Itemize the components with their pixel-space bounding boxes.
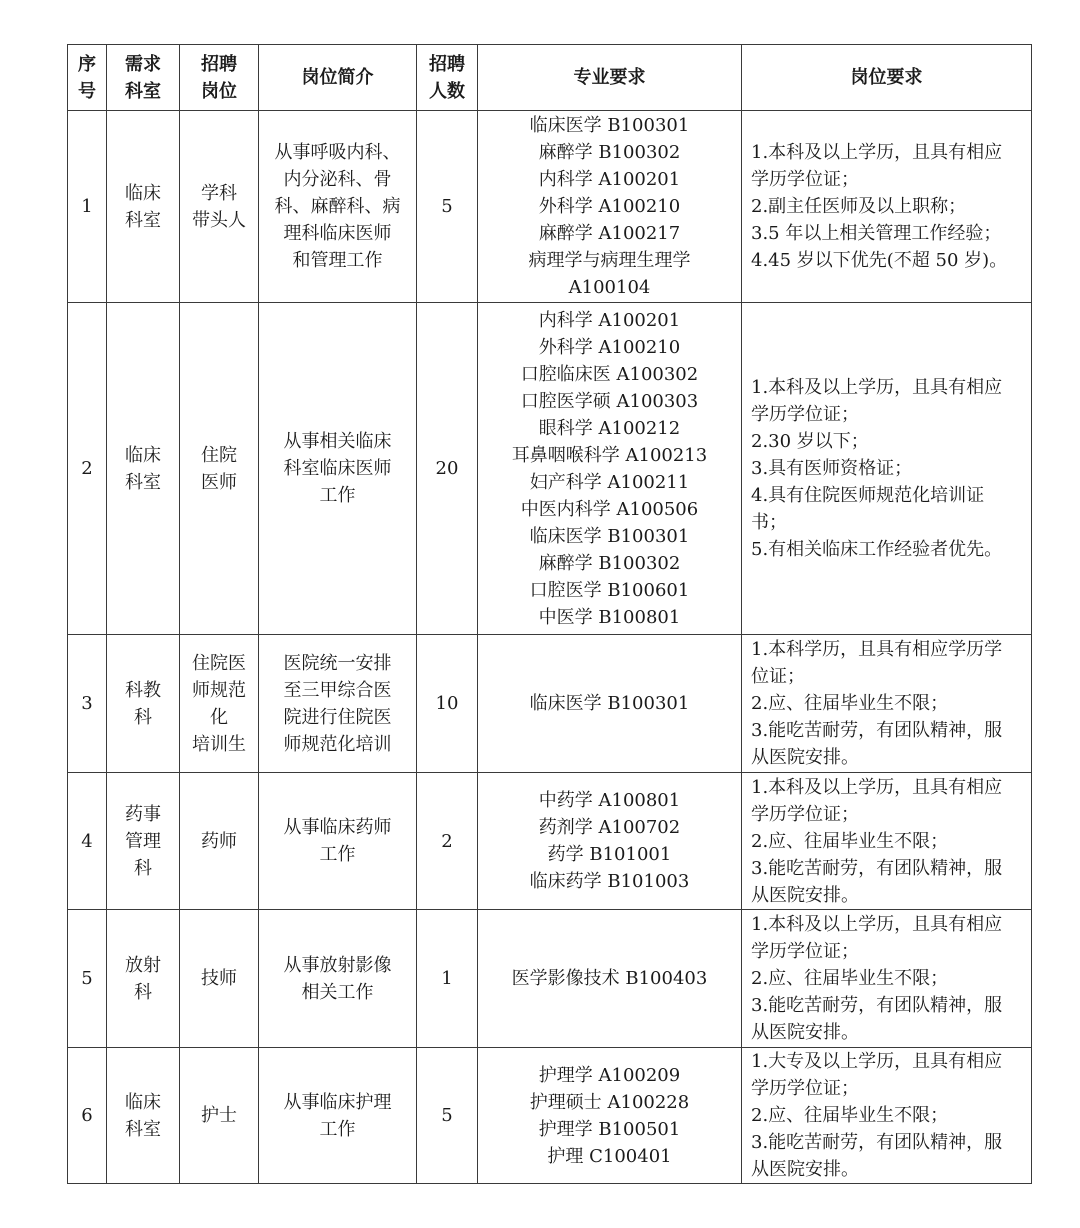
cell-majors: 中药学 A100801药剂学 A100702药学 B101001临床药学 B10… (478, 773, 742, 910)
cell-intro-line: 医院统一安排 (259, 650, 416, 677)
cell-position-line: 住院 (180, 442, 258, 469)
cell-majors: 内科学 A100201外科学 A100210口腔临床医 A100302口腔医学硕… (478, 303, 742, 635)
cell-majors-line: A100104 (478, 274, 741, 301)
cell-majors: 医学影像技术 B100403 (478, 910, 742, 1048)
header-label: 人数 (417, 78, 477, 105)
cell-requirements-line: 学历学位证； (751, 801, 1025, 828)
cell-intro-line: 内分泌科、骨 (259, 166, 416, 193)
cell-dept-line: 科室 (107, 207, 179, 234)
cell-position-line: 医师 (180, 469, 258, 496)
cell-majors-line: 护理学 A100209 (478, 1062, 741, 1089)
cell-majors: 临床医学 B100301麻醉学 B100302内科学 A100201外科学 A1… (478, 111, 742, 303)
cell-majors-line: 中医内科学 A100506 (478, 496, 741, 523)
header-requirements: 岗位要求 (742, 45, 1032, 111)
table-row: 1临床科室学科带头人从事呼吸内科、内分泌科、骨科、麻醉科、病理科临床医师和管理工… (68, 111, 1032, 303)
cell-majors-line: 临床医学 B100301 (478, 690, 741, 717)
cell-dept: 临床科室 (107, 111, 180, 303)
cell-dept: 临床科室 (107, 1048, 180, 1184)
cell-position: 学科带头人 (180, 111, 259, 303)
cell-requirements-line: 3.能吃苦耐劳，有团队精神，服 (751, 992, 1025, 1019)
cell-intro-line: 工作 (259, 841, 416, 868)
header-label: 招聘 (417, 51, 477, 78)
cell-majors-line: 临床药学 B101003 (478, 868, 741, 895)
header-row: 序号需求科室招聘岗位岗位简介招聘人数专业要求岗位要求 (68, 45, 1032, 111)
table-row: 2临床科室住院医师从事相关临床科室临床医师工作20内科学 A100201外科学 … (68, 303, 1032, 635)
cell-majors-line: 麻醉学 B100302 (478, 139, 741, 166)
cell-position-line: 带头人 (180, 207, 258, 234)
table-body: 1临床科室学科带头人从事呼吸内科、内分泌科、骨科、麻醉科、病理科临床医师和管理工… (68, 111, 1032, 1184)
cell-intro-line: 理科临床医师 (259, 220, 416, 247)
cell-count: 5 (417, 111, 478, 303)
cell-intro-line: 从事放射影像 (259, 952, 416, 979)
header-label: 号 (68, 78, 106, 105)
cell-requirements-line: 1.本科学历，且具有相应学历学 (751, 636, 1025, 663)
header-count: 招聘人数 (417, 45, 478, 111)
cell-requirements-line: 书； (751, 509, 1025, 536)
table-row: 5放射科技师从事放射影像相关工作1医学影像技术 B1004031.本科及以上学历… (68, 910, 1032, 1048)
cell-requirements-line: 学历学位证； (751, 938, 1025, 965)
cell-count: 10 (417, 635, 478, 773)
header-label: 科室 (107, 78, 179, 105)
cell-requirements-line: 4.45 岁以下优先(不超 50 岁)。 (751, 247, 1025, 274)
header-no: 序号 (68, 45, 107, 111)
cell-dept-line: 药事 (107, 801, 179, 828)
cell-dept-line: 科室 (107, 469, 179, 496)
cell-majors-line: 内科学 A100201 (478, 166, 741, 193)
header-label: 岗位 (180, 78, 258, 105)
cell-no: 5 (68, 910, 107, 1048)
cell-intro: 从事临床药师工作 (259, 773, 417, 910)
table-row: 3科教科住院医师规范化培训生医院统一安排至三甲综合医院进行住院医师规范化培训10… (68, 635, 1032, 773)
cell-intro-line: 和管理工作 (259, 247, 416, 274)
cell-requirements-line: 2.应、往届毕业生不限； (751, 965, 1025, 992)
cell-majors-line: 中药学 A100801 (478, 787, 741, 814)
cell-intro: 从事相关临床科室临床医师工作 (259, 303, 417, 635)
cell-dept: 放射科 (107, 910, 180, 1048)
cell-position-line: 住院医 (180, 650, 258, 677)
cell-requirements-line: 3.具有医师资格证； (751, 455, 1025, 482)
cell-requirements-line: 3.能吃苦耐劳，有团队精神，服 (751, 1129, 1025, 1156)
cell-intro: 从事放射影像相关工作 (259, 910, 417, 1048)
cell-requirements-line: 从医院安排。 (751, 882, 1025, 909)
cell-dept-line: 科 (107, 704, 179, 731)
cell-position: 住院医师 (180, 303, 259, 635)
cell-requirements-line: 1.本科及以上学历，且具有相应 (751, 911, 1025, 938)
cell-position-line: 学科 (180, 180, 258, 207)
cell-majors-line: 药学 B101001 (478, 841, 741, 868)
cell-dept: 临床科室 (107, 303, 180, 635)
cell-intro-line: 从事呼吸内科、 (259, 139, 416, 166)
cell-intro-line: 科室临床医师 (259, 455, 416, 482)
cell-majors-line: 口腔临床医 A100302 (478, 361, 741, 388)
cell-majors-line: 护理硕士 A100228 (478, 1089, 741, 1116)
cell-intro-line: 从事临床护理 (259, 1089, 416, 1116)
cell-position-line: 师规范 (180, 677, 258, 704)
cell-requirements: 1.本科及以上学历，且具有相应学历学位证；2.应、往届毕业生不限；3.能吃苦耐劳… (742, 910, 1032, 1048)
cell-requirements: 1.本科学历，且具有相应学历学位证；2.应、往届毕业生不限；3.能吃苦耐劳，有团… (742, 635, 1032, 773)
cell-majors-line: 耳鼻咽喉科学 A100213 (478, 442, 741, 469)
header-label: 需求 (107, 51, 179, 78)
cell-intro-line: 从事临床药师 (259, 814, 416, 841)
cell-no: 4 (68, 773, 107, 910)
cell-majors-line: 临床医学 B100301 (478, 523, 741, 550)
cell-majors-line: 临床医学 B100301 (478, 112, 741, 139)
cell-requirements-line: 3.能吃苦耐劳，有团队精神，服 (751, 717, 1025, 744)
cell-requirements: 1.大专及以上学历，且具有相应学历学位证；2.应、往届毕业生不限；3.能吃苦耐劳… (742, 1048, 1032, 1184)
cell-intro-line: 从事相关临床 (259, 428, 416, 455)
cell-no: 3 (68, 635, 107, 773)
cell-position-line: 培训生 (180, 731, 258, 758)
cell-intro-line: 相关工作 (259, 979, 416, 1006)
cell-majors: 护理学 A100209护理硕士 A100228护理学 B100501护理 C10… (478, 1048, 742, 1184)
cell-intro-line: 工作 (259, 1116, 416, 1143)
cell-position: 技师 (180, 910, 259, 1048)
cell-requirements: 1.本科及以上学历，且具有相应学历学位证；2.30 岁以下；3.具有医师资格证；… (742, 303, 1032, 635)
cell-count: 20 (417, 303, 478, 635)
cell-intro-line: 工作 (259, 482, 416, 509)
cell-majors-line: 眼科学 A100212 (478, 415, 741, 442)
header-label: 专业要求 (478, 64, 741, 91)
cell-majors-line: 护理学 B100501 (478, 1116, 741, 1143)
cell-dept: 药事管理科 (107, 773, 180, 910)
cell-position: 药师 (180, 773, 259, 910)
cell-requirements-line: 2.副主任医师及以上职称； (751, 193, 1025, 220)
cell-count: 5 (417, 1048, 478, 1184)
cell-dept-line: 临床 (107, 442, 179, 469)
cell-position-line: 技师 (180, 965, 258, 992)
cell-no: 1 (68, 111, 107, 303)
cell-majors-line: 口腔医学硕 A100303 (478, 388, 741, 415)
cell-majors-line: 中医学 B100801 (478, 604, 741, 631)
header-majors: 专业要求 (478, 45, 742, 111)
cell-dept-line: 科 (107, 855, 179, 882)
cell-majors-line: 病理学与病理生理学 (478, 247, 741, 274)
cell-majors-line: 麻醉学 B100302 (478, 550, 741, 577)
cell-requirements-line: 1.大专及以上学历，且具有相应 (751, 1048, 1025, 1075)
cell-majors-line: 护理 C100401 (478, 1143, 741, 1170)
cell-requirements-line: 1.本科及以上学历，且具有相应 (751, 139, 1025, 166)
cell-count: 1 (417, 910, 478, 1048)
header-label: 招聘 (180, 51, 258, 78)
cell-requirements-line: 2.应、往届毕业生不限； (751, 1102, 1025, 1129)
cell-requirements-line: 学历学位证； (751, 1075, 1025, 1102)
cell-position-line: 护士 (180, 1102, 258, 1129)
cell-requirements-line: 从医院安排。 (751, 744, 1025, 771)
cell-dept-line: 放射 (107, 952, 179, 979)
cell-majors-line: 外科学 A100210 (478, 334, 741, 361)
cell-requirements-line: 4.具有住院医师规范化培训证 (751, 482, 1025, 509)
cell-requirements-line: 3.能吃苦耐劳，有团队精神，服 (751, 855, 1025, 882)
cell-majors-line: 医学影像技术 B100403 (478, 965, 741, 992)
cell-requirements-line: 从医院安排。 (751, 1019, 1025, 1046)
cell-requirements-line: 2.应、往届毕业生不限； (751, 690, 1025, 717)
cell-intro-line: 至三甲综合医 (259, 677, 416, 704)
cell-position-line: 化 (180, 704, 258, 731)
cell-dept-line: 科室 (107, 1116, 179, 1143)
header-dept: 需求科室 (107, 45, 180, 111)
cell-majors-line: 外科学 A100210 (478, 193, 741, 220)
cell-count: 2 (417, 773, 478, 910)
cell-majors-line: 药剂学 A100702 (478, 814, 741, 841)
cell-requirements-line: 学历学位证； (751, 401, 1025, 428)
cell-position: 住院医师规范化培训生 (180, 635, 259, 773)
cell-intro-line: 科、麻醉科、病 (259, 193, 416, 220)
cell-requirements-line: 3.5 年以上相关管理工作经验； (751, 220, 1025, 247)
cell-requirements: 1.本科及以上学历，且具有相应学历学位证；2.副主任医师及以上职称；3.5 年以… (742, 111, 1032, 303)
cell-dept-line: 管理 (107, 828, 179, 855)
cell-intro-line: 院进行住院医 (259, 704, 416, 731)
cell-majors: 临床医学 B100301 (478, 635, 742, 773)
cell-requirements-line: 位证； (751, 663, 1025, 690)
cell-dept-line: 临床 (107, 180, 179, 207)
cell-requirements-line: 1.本科及以上学历，且具有相应 (751, 774, 1025, 801)
table-row: 4药事管理科药师从事临床药师工作2中药学 A100801药剂学 A100702药… (68, 773, 1032, 910)
cell-no: 2 (68, 303, 107, 635)
cell-dept-line: 科 (107, 979, 179, 1006)
recruitment-table: 序号需求科室招聘岗位岗位简介招聘人数专业要求岗位要求 1临床科室学科带头人从事呼… (67, 44, 1032, 1184)
cell-requirements-line: 2.应、往届毕业生不限； (751, 828, 1025, 855)
header-label: 岗位要求 (742, 64, 1031, 91)
header-label: 岗位简介 (259, 64, 416, 91)
cell-majors-line: 妇产科学 A100211 (478, 469, 741, 496)
cell-majors-line: 口腔医学 B100601 (478, 577, 741, 604)
cell-intro-line: 师规范化培训 (259, 731, 416, 758)
cell-dept-line: 临床 (107, 1089, 179, 1116)
cell-intro: 医院统一安排至三甲综合医院进行住院医师规范化培训 (259, 635, 417, 773)
cell-position: 护士 (180, 1048, 259, 1184)
cell-intro: 从事临床护理工作 (259, 1048, 417, 1184)
cell-intro: 从事呼吸内科、内分泌科、骨科、麻醉科、病理科临床医师和管理工作 (259, 111, 417, 303)
cell-requirements-line: 学历学位证； (751, 166, 1025, 193)
cell-position-line: 药师 (180, 828, 258, 855)
header-label: 序 (68, 51, 106, 78)
cell-majors-line: 内科学 A100201 (478, 307, 741, 334)
cell-dept-line: 科教 (107, 677, 179, 704)
cell-requirements-line: 2.30 岁以下； (751, 428, 1025, 455)
cell-requirements-line: 从医院安排。 (751, 1156, 1025, 1183)
cell-requirements: 1.本科及以上学历，且具有相应学历学位证；2.应、往届毕业生不限；3.能吃苦耐劳… (742, 773, 1032, 910)
cell-majors-line: 麻醉学 A100217 (478, 220, 741, 247)
header-position: 招聘岗位 (180, 45, 259, 111)
header-intro: 岗位简介 (259, 45, 417, 111)
cell-no: 6 (68, 1048, 107, 1184)
table-row: 6临床科室护士从事临床护理工作5护理学 A100209护理硕士 A100228护… (68, 1048, 1032, 1184)
cell-dept: 科教科 (107, 635, 180, 773)
cell-requirements-line: 5.有相关临床工作经验者优先。 (751, 536, 1025, 563)
cell-requirements-line: 1.本科及以上学历，且具有相应 (751, 374, 1025, 401)
